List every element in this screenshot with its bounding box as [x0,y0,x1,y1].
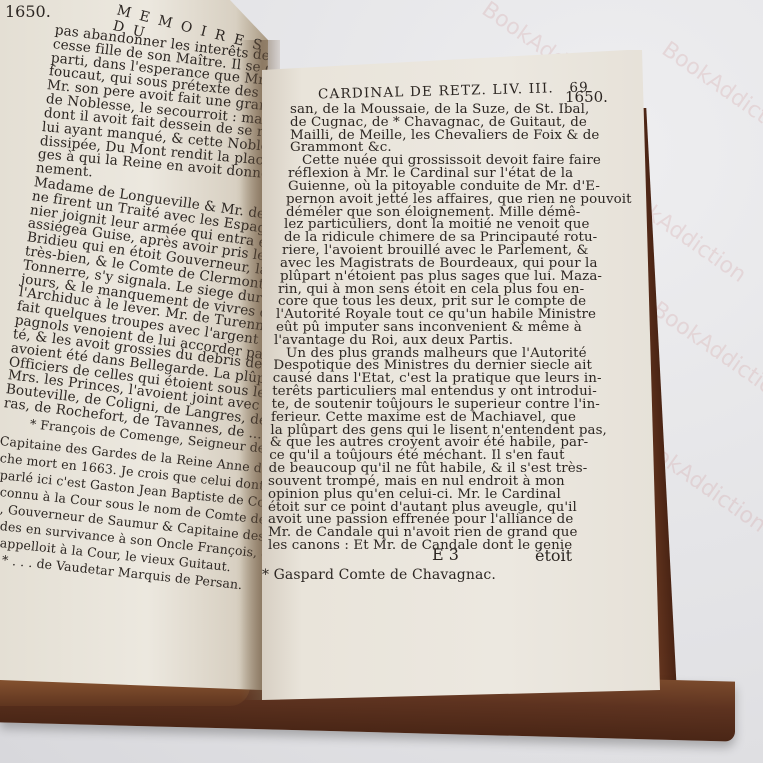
left-margin-year: 1650. [5,2,51,21]
text-line: les canons : Et Mr. de Candale dont le g… [268,538,572,553]
footnote-line: * Gaspard Comte de Chavagnac. [262,567,496,583]
left-page: 1650. MEMOIRES DU pas abandonner les int… [0,0,268,690]
catchword: étoit [535,546,572,565]
signature-mark: E 3 [432,545,459,564]
